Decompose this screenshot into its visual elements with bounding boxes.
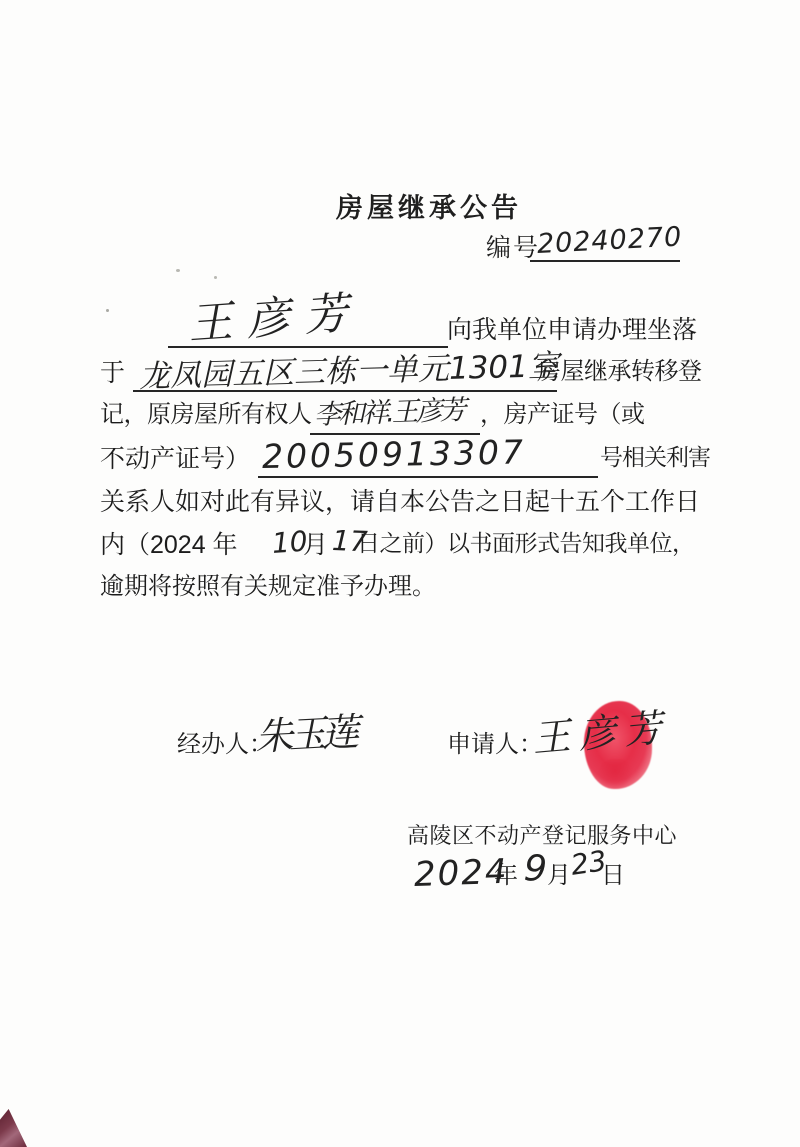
body-line4-prefix: 不动产证号） xyxy=(100,444,250,474)
cert-no-handwriting: 20050913307 xyxy=(262,432,527,476)
date-year-char: 年 xyxy=(494,862,518,891)
org-name: 高陵区不动产登记服务中心 xyxy=(407,823,677,849)
owners-handwriting: 李和祥.王彦芳 xyxy=(313,388,464,432)
scan-speck xyxy=(106,309,109,312)
body-line5: 关系人如对此有异议，请自本公告之日起十五个工作日 xyxy=(100,487,700,517)
body-line6-month-char: 月 xyxy=(303,530,328,560)
body-line3-prefix: 记，原房屋所有权人 xyxy=(100,401,312,430)
body-line7: 逾期将按照有关规定准予办理。 xyxy=(100,573,436,602)
scanned-notice-page: 房屋继承公告 编号 20240270 王彦芳 向我单位申请办理坐落 于 龙凤园五… xyxy=(0,0,800,1147)
applicant-name-handwriting: 王彦芳 xyxy=(186,276,364,352)
scan-speck xyxy=(176,269,180,272)
date-month-handwriting: 9 xyxy=(523,848,548,890)
body-line3-suffix: ，房产证号（或 xyxy=(480,401,645,430)
corner-ink-mark xyxy=(0,1109,27,1147)
body-line6-suffix: 日之前）以书面形式告知我单位， xyxy=(357,530,695,558)
date-day-char: 日 xyxy=(601,862,625,891)
body-line1-text: 向我单位申请办理坐落 xyxy=(447,315,697,345)
scan-speck xyxy=(214,276,217,279)
applicant-label: 申请人： xyxy=(447,731,543,760)
page-title: 房屋继承公告 xyxy=(336,186,522,225)
body-line2-prefix: 于 xyxy=(100,358,125,388)
date-month-char: 月 xyxy=(547,862,571,891)
body-line4-suffix: 号相关利害 xyxy=(600,444,710,472)
body-line2-suffix: 房屋继承转移登 xyxy=(537,358,702,387)
body-line6-prefix: 内（2024 年 xyxy=(100,530,238,560)
handler-signature-handwriting: 朱玉莲 xyxy=(254,701,356,761)
